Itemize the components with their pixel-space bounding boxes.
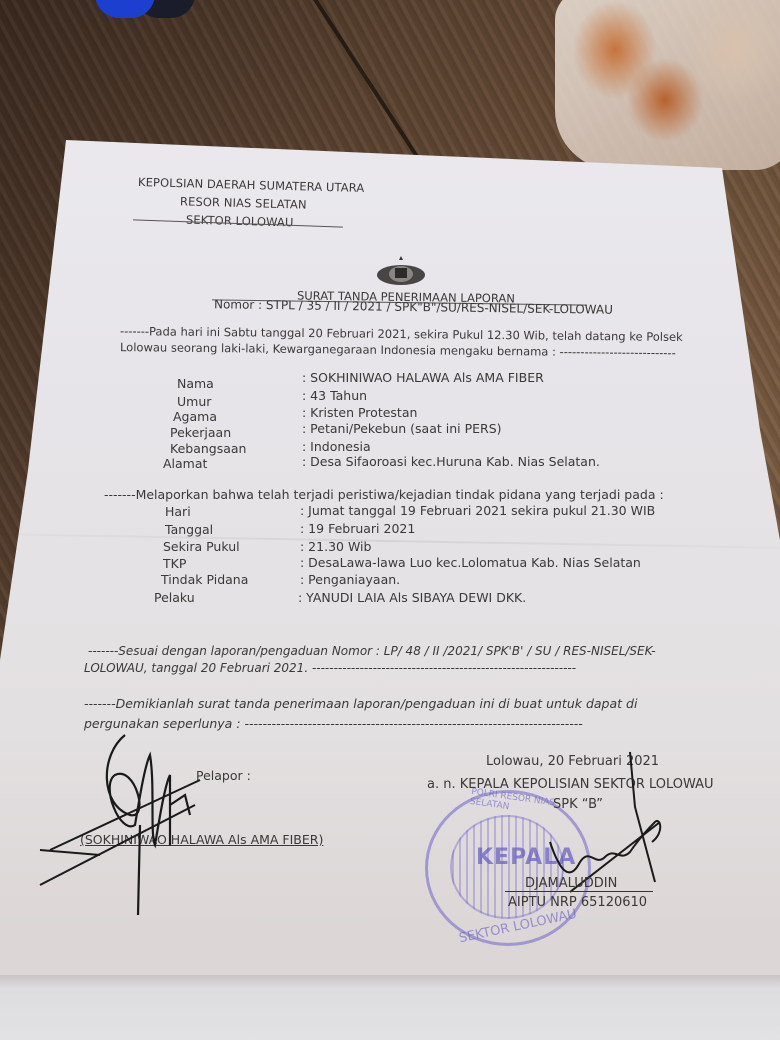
header-line-1: KEPOLSIAN DAERAH SUMATERA UTARA xyxy=(138,175,365,195)
reporter-value: : Kristen Protestan xyxy=(302,405,417,420)
reference-line-1: -------Sesuai dengan laporan/pengaduan N… xyxy=(88,644,656,658)
reporter-value: : Indonesia xyxy=(302,439,371,454)
reporter-value: : Petani/Pekebun (saat ini PERS) xyxy=(302,421,502,436)
reporter-label: Agama xyxy=(173,409,217,424)
incident-label: Tanggal xyxy=(165,522,213,537)
document-number: Nomor : STPL / 35 / II / 2021 / SPK"B"/S… xyxy=(214,297,613,317)
police-crest-icon xyxy=(375,256,427,286)
incident-label: Hari xyxy=(165,504,191,519)
official-signature-icon xyxy=(540,752,670,892)
closing-line-1: -------Demikianlah surat tanda penerimaa… xyxy=(84,696,637,711)
header-line-2: RESOR NIAS SELATAN xyxy=(180,194,307,211)
reporter-label: Kebangsaan xyxy=(170,441,246,456)
reference-line-2: LOLOWAU, tanggal 20 Februari 2021. -----… xyxy=(84,661,576,675)
reporter-value: : Desa Sifaoroasi kec.Huruna Kab. Nias S… xyxy=(302,454,600,469)
incident-intro: -------Melaporkan bahwa telah terjadi pe… xyxy=(104,487,664,502)
reporter-label: Pekerjaan xyxy=(170,425,231,440)
official-name-underline xyxy=(505,891,653,892)
incident-label: Tindak Pidana xyxy=(161,572,248,587)
incident-label: Sekira Pukul xyxy=(163,539,240,554)
reporter-value: : 43 Tahun xyxy=(302,388,367,403)
incident-value: : Jumat tanggal 19 Februari 2021 sekira … xyxy=(300,503,655,518)
incident-value: : DesaLawa-lawa Luo kec.Lolomatua Kab. N… xyxy=(300,555,641,570)
reporter-label: Umur xyxy=(177,394,211,409)
incident-value: : YANUDI LAIA Als SIBAYA DEWI DKK. xyxy=(298,590,526,605)
incident-label: TKP xyxy=(163,556,186,571)
incident-value: : 19 Februari 2021 xyxy=(300,521,415,536)
reporter-signature-icon xyxy=(40,725,260,915)
reporter-label: Nama xyxy=(177,376,214,391)
reporter-value: : SOKHINIWAO HALAWA Als AMA FIBER xyxy=(302,370,544,385)
document: KEPOLSIAN DAERAH SUMATERA UTARA RESOR NI… xyxy=(0,0,780,1040)
official-rank-nrp: AIPTU NRP 65120610 xyxy=(508,895,647,910)
incident-label: Pelaku xyxy=(154,590,195,605)
incident-value: : Penganiayaan. xyxy=(300,572,400,587)
official-name: DJAMALUDDIN xyxy=(525,876,617,891)
intro-line-2: Lolowau seorang laki-laki, Kewarganegara… xyxy=(120,340,676,360)
incident-value: : 21.30 Wib xyxy=(300,539,371,554)
reporter-label: Alamat xyxy=(163,456,207,471)
